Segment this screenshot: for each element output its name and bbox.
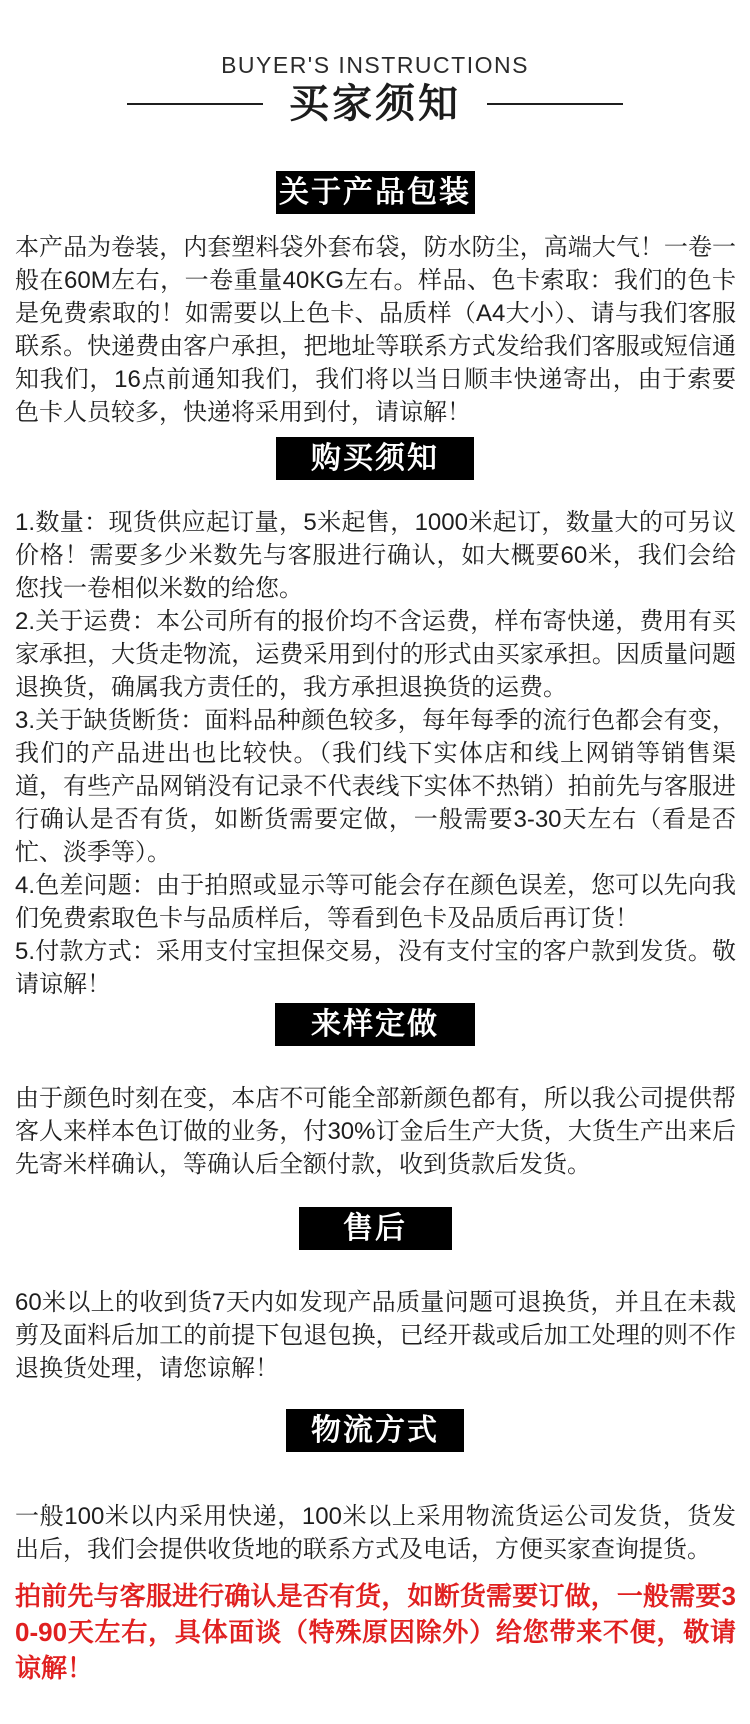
purchase-notes-list: 1.数量：现货供应起订量，5米起售，1000米起订，数量大的可另议价格！需要多少… (0, 506, 750, 1001)
section-custom-paragraph: 由于颜色时刻在变，本店不可能全部新颜色都有，所以我公司提供帮客人来样本色订做的业… (15, 1082, 736, 1181)
list-item-out-of-stock: 3.关于缺货断货：面料品种颜色较多，每年每季的流行色都会有变，我们的产品进出也比… (15, 704, 736, 869)
section-after-sale-paragraph: 60米以上的收到货7天内如发现产品质量问题可退换货，并且在未裁剪及面料后加工的前… (15, 1286, 736, 1385)
list-item-quantity: 1.数量：现货供应起订量，5米起售，1000米起订，数量大的可另议价格！需要多少… (15, 506, 736, 605)
page-header: BUYER'S INSTRUCTIONS 买家须知 (0, 52, 750, 125)
list-item-payment: 5.付款方式：采用支付宝担保交易，没有支付宝的客户款到发货。敬请谅解！ (15, 935, 736, 1001)
section-after-sale-title: 售后 (299, 1207, 452, 1250)
section-packaging-paragraph: 本产品为卷装，内套塑料袋外套布袋，防水防尘，高端大气！一卷一般在60M左右，一卷… (15, 231, 736, 429)
section-custom-title: 来样定做 (275, 1003, 475, 1046)
section-custom-heading: 来样定做 (0, 1003, 750, 1046)
title-divider-left (127, 103, 263, 105)
buyer-instructions-page: BUYER'S INSTRUCTIONS 买家须知 关于产品包装 本产品为卷装，… (0, 0, 750, 1724)
section-packaging: 关于产品包装 本产品为卷装，内套塑料袋外套布袋，防水防尘，高端大气！一卷一般在6… (0, 171, 750, 429)
page-title-row: 买家须知 (0, 83, 750, 125)
section-packaging-heading: 关于产品包装 (0, 171, 750, 214)
section-purchase-notes: 购买须知 1.数量：现货供应起订量，5米起售，1000米起订，数量大的可另议价格… (0, 437, 750, 1001)
section-logistics: 物流方式 一般100米以内采用快递，100米以上采用物流货运公司发货，货发出后，… (0, 1409, 750, 1686)
section-purchase-heading: 购买须知 (0, 437, 750, 480)
list-item-shipping-fee: 2.关于运费：本公司所有的报价均不含运费，样布寄快递，费用有买家承担，大货走物流… (15, 605, 736, 704)
page-title: 买家须知 (289, 83, 461, 125)
section-logistics-heading: 物流方式 (0, 1409, 750, 1452)
stock-confirmation-warning: 拍前先与客服进行确认是否有货，如断货需要订做，一般需要30-90天左右，具体面谈… (15, 1578, 736, 1686)
section-packaging-title: 关于产品包装 (276, 171, 475, 214)
section-after-sale: 售后 60米以上的收到货7天内如发现产品质量问题可退换货，并且在未裁剪及面料后加… (0, 1207, 750, 1385)
section-purchase-title: 购买须知 (276, 437, 474, 480)
title-divider-right (487, 103, 623, 105)
section-custom-order: 来样定做 由于颜色时刻在变，本店不可能全部新颜色都有，所以我公司提供帮客人来样本… (0, 1003, 750, 1181)
section-after-sale-heading: 售后 (0, 1207, 750, 1250)
page-title-english: BUYER'S INSTRUCTIONS (0, 52, 750, 79)
list-item-color-diff: 4.色差问题：由于拍照或显示等可能会存在颜色误差，您可以先向我们免费索取色卡与品… (15, 869, 736, 935)
section-logistics-paragraph: 一般100米以内采用快递，100米以上采用物流货运公司发货，货发出后，我们会提供… (15, 1500, 736, 1566)
section-logistics-title: 物流方式 (286, 1409, 464, 1452)
